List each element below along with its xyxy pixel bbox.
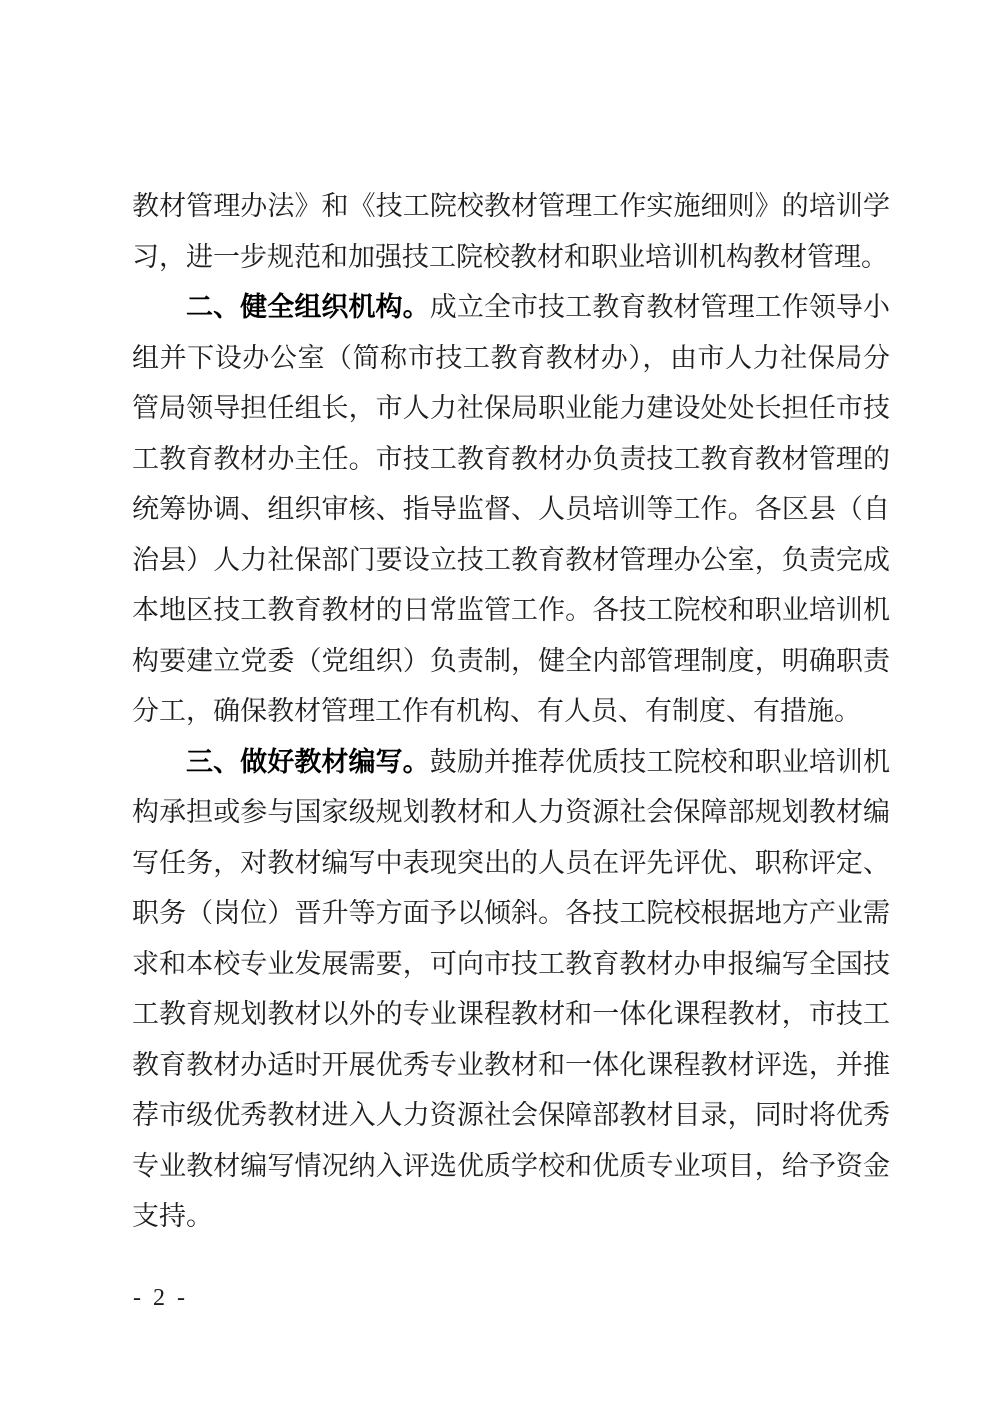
paragraph-text: 教材管理办法》和《技工院校教材管理工作实施细则》的培训学习，进一步规范和加强技工… (132, 191, 890, 272)
paragraph-text: 成立全市技工教育教材管理工作领导小组并下设办公室（简称市技工教育教材办），由市人… (132, 292, 890, 726)
section-heading-2: 二、健全组织机构。 (186, 292, 430, 322)
document-body: 教材管理办法》和《技工院校教材管理工作实施细则》的培训学习，进一步规范和加强技工… (132, 181, 890, 1242)
document-page: 教材管理办法》和《技工院校教材管理工作实施细则》的培训学习，进一步规范和加强技工… (0, 0, 1000, 1414)
paragraph-section-3: 三、做好教材编写。鼓励并推荐优质技工院校和职业培训机构承担或参与国家级规划教材和… (132, 737, 890, 1242)
paragraph-continuation: 教材管理办法》和《技工院校教材管理工作实施细则》的培训学习，进一步规范和加强技工… (132, 181, 890, 282)
page-number: - 2 - (133, 1285, 188, 1312)
section-heading-3: 三、做好教材编写。 (186, 747, 430, 777)
paragraph-text: 鼓励并推荐优质技工院校和职业培训机构承担或参与国家级规划教材和人力资源社会保障部… (132, 747, 890, 1232)
paragraph-section-2: 二、健全组织机构。成立全市技工教育教材管理工作领导小组并下设办公室（简称市技工教… (132, 282, 890, 737)
